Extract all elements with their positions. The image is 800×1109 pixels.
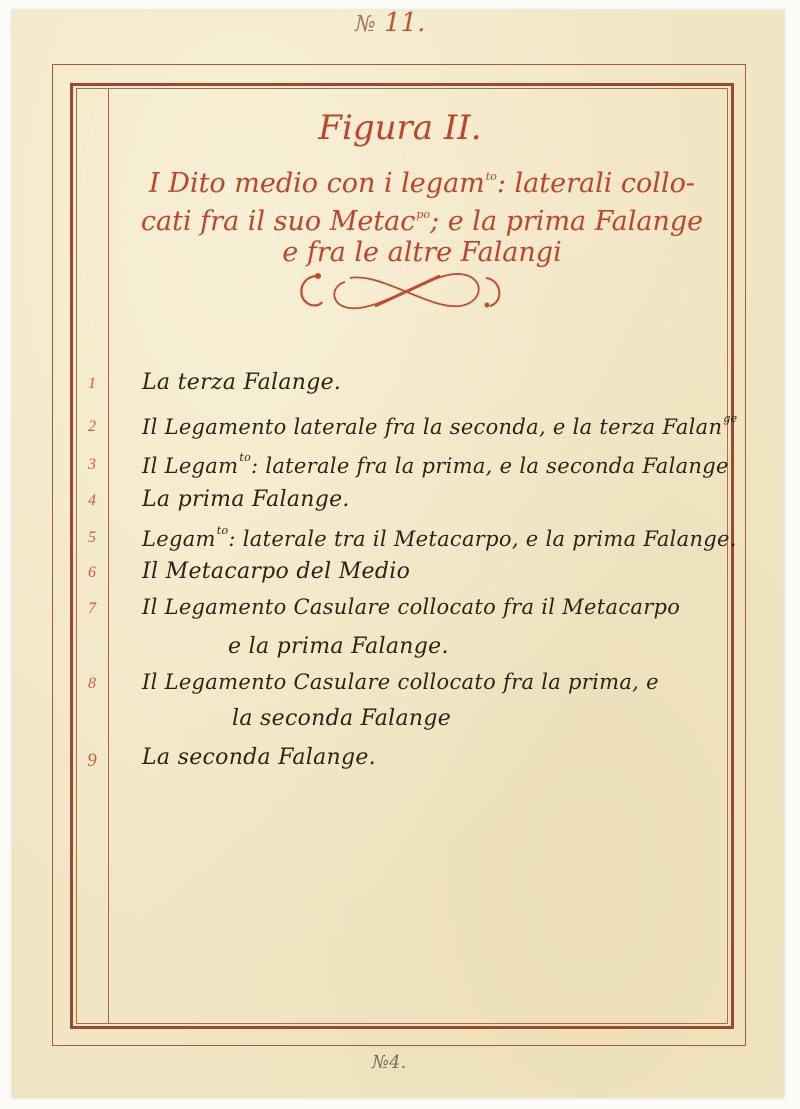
legend-item-text: la seconda Falange (232, 706, 451, 731)
legend-item-text: : laterale tra il Metacarpo, e la prima … (228, 527, 736, 551)
legend-item: Il Metacarpo del Medio (142, 559, 410, 584)
item-number: 8 (77, 675, 107, 693)
legend-item-text: : laterale fra la prima, e la seconda Fa… (251, 454, 729, 478)
numbering-margin-rule (108, 89, 109, 1023)
item-number: 4 (77, 492, 107, 510)
page-number: 11. (384, 8, 425, 38)
item-number: 2 (77, 418, 107, 436)
item-number: 5 (77, 529, 107, 547)
legend-item-continuation: la seconda Falange (232, 706, 451, 731)
calligraphic-flourish-icon (290, 262, 510, 318)
legend-item-text: Legam (142, 527, 216, 551)
subtitle-text: ; e la prima Falange (430, 206, 703, 237)
bottom-page-number: №4. (372, 1052, 406, 1073)
legend-item-text: Il Legamento Casulare collocato fra il M… (142, 595, 680, 619)
legend-item: Il Legamto: laterale fra la prima, e la … (142, 451, 729, 478)
legend-item: La prima Falange. (142, 487, 350, 512)
item-number: 9 (77, 750, 107, 772)
numero-sign: № (355, 12, 376, 37)
superscript-abbrev: to (239, 451, 251, 464)
superscript-abbrev: to (486, 170, 497, 183)
legend-item-text: e la prima Falange. (228, 634, 449, 659)
legend-item-text: La prima Falange. (142, 487, 350, 512)
legend-item-text: La seconda Falange. (142, 745, 376, 770)
superscript-abbrev: po (416, 208, 430, 221)
legend-item: La terza Falange. (142, 370, 341, 395)
legend-item-text: La terza Falange. (142, 370, 341, 395)
legend-item: La seconda Falange. (142, 745, 376, 770)
legend-item-continuation: e la prima Falange. (228, 634, 449, 659)
legend-item: Il Legamento laterale fra la seconda, e … (142, 412, 737, 439)
item-number: 3 (77, 456, 107, 474)
item-number: 1 (77, 375, 107, 393)
legend-item-text: Il Metacarpo del Medio (142, 559, 410, 584)
subtitle-text: cati fra il suo Metac (141, 206, 416, 237)
subtitle-text: : laterali collo- (497, 168, 695, 199)
legend-item: Il Legamento Casulare collocato fra la p… (142, 670, 659, 694)
legend-item-text: Il Legamento Casulare collocato fra la p… (142, 670, 659, 694)
legend-item: Legamto: laterale tra il Metacarpo, e la… (142, 524, 737, 551)
item-number: 7 (77, 600, 107, 618)
subtitle-text: I Dito medio con i legam (149, 168, 485, 199)
figure-title: Figura II. (0, 108, 800, 148)
legend-item-text: Il Legamento laterale fra la seconda, e … (142, 415, 722, 439)
legend-item: Il Legamento Casulare collocato fra il M… (142, 595, 680, 619)
top-page-number: № 11. (355, 8, 425, 38)
superscript-abbrev: to (217, 524, 229, 537)
item-number: 6 (77, 564, 107, 582)
superscript-abbrev: ge (723, 412, 737, 425)
legend-item-text: Il Legam (142, 454, 238, 478)
